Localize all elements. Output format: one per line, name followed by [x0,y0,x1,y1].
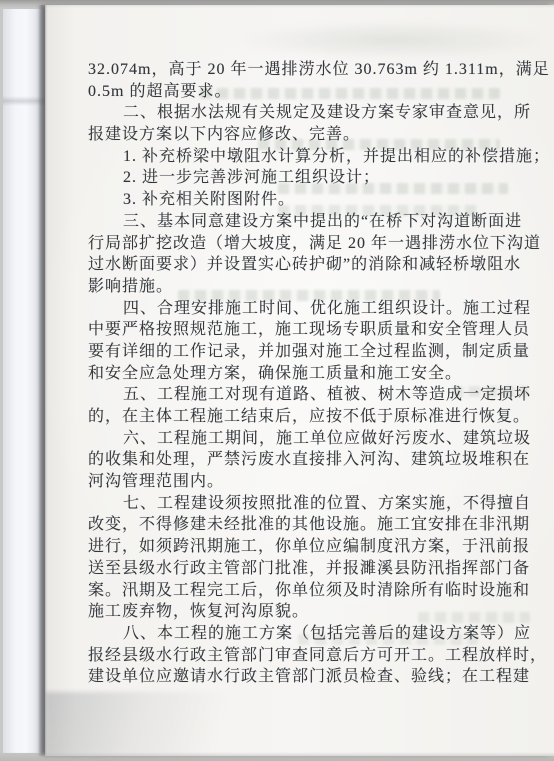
document-line: 1. 补充桥梁中墩阻水计算分析，并提出相应的补偿措施； [88,146,532,168]
document-line: 四、合理安排施工时间、优化施工组织设计。施工过程 [88,298,532,320]
document-line: 六、工程施工期间，施工单位应做好污废水、建筑垃圾 [88,428,532,450]
document-line: 进行，如须跨汛期施工，你单位应编制度汛方案，于汛前报 [88,536,532,558]
document-line: 行局部扩挖改造（增大坡度，满足 20 年一遇排涝水位下沟道 [88,233,532,255]
scan-edge-top-shadow [0,0,554,8]
document-line: 五、工程施工对现有道路、植被、树木等造成一定损坏 [88,384,532,406]
document-line: 32.074m，高于 20 年一遇排涝水位 30.763m 约 1.311m，满… [88,59,532,81]
document-line: 中要严格按照规范施工，施工现场专职质量和安全管理人员 [88,319,532,341]
document-line: 的，在主体工程施工结束后，应按不低于原标准进行恢复。 [88,406,532,428]
document-line: 的收集和处理，严禁污废水直接排入河沟、建筑垃圾堆积在 [88,449,532,471]
document-line: 改变，不得修建未经批准的其他设施。施工宜安排在非汛期 [88,514,532,536]
scanned-page: 32.074m，高于 20 年一遇排涝水位 30.763m 约 1.311m，满… [0,0,554,761]
document-line: 3. 补充相关附图附件。 [88,189,532,211]
document-body-text: 32.074m，高于 20 年一遇排涝水位 30.763m 约 1.311m，满… [88,59,532,688]
document-line: 报建设方案以下内容应修改、完善。 [88,124,532,146]
paper-fold-shadow [45,692,315,756]
document-line: 要有详细的工作记录，并加强对施工全过程监测，制定质量 [88,341,532,363]
document-line: 河沟管理范围内。 [88,471,532,493]
document-line: 2. 进一步完善涉河施工组织设计； [88,167,532,189]
document-line: 建设单位应邀请水行政主管部门派员检查、验线；在工程建 [88,666,532,688]
document-line: 案。汛期及工程完工后，你单位须及时清除所有临时设施和 [88,580,532,602]
paper-fold-crease [38,5,47,756]
document-line: 0.5m 的超高要求。 [88,81,532,103]
document-line: 三、基本同意建设方案中提出的“在桥下对沟道断面进 [88,211,532,233]
document-line: 施工废弃物，恢复河沟原貌。 [88,601,532,623]
document-line: 影响措施。 [88,276,532,298]
document-line: 七、工程建设须按照批准的位置、方案实施，不得擅自 [88,493,532,515]
document-line: 过水断面要求）并设置实心砖护砌”的消除和减轻桥墩阻水 [88,254,532,276]
document-line: 和安全应急处理方案，确保施工质量和施工安全。 [88,363,532,385]
document-line: 八、本工程的施工方案（包括完善后的建设方案等）应 [88,623,532,645]
bleed-through-smudge [240,22,540,58]
document-line: 报经县级水行政主管部门审查同意后方可开工。工程放样时， [88,645,532,667]
document-line: 送至县级水行政主管部门批准，并报濉溪县防汛指挥部门备 [88,558,532,580]
document-line: 二、根据水法规有关规定及建设方案专家审查意见，所 [88,102,532,124]
